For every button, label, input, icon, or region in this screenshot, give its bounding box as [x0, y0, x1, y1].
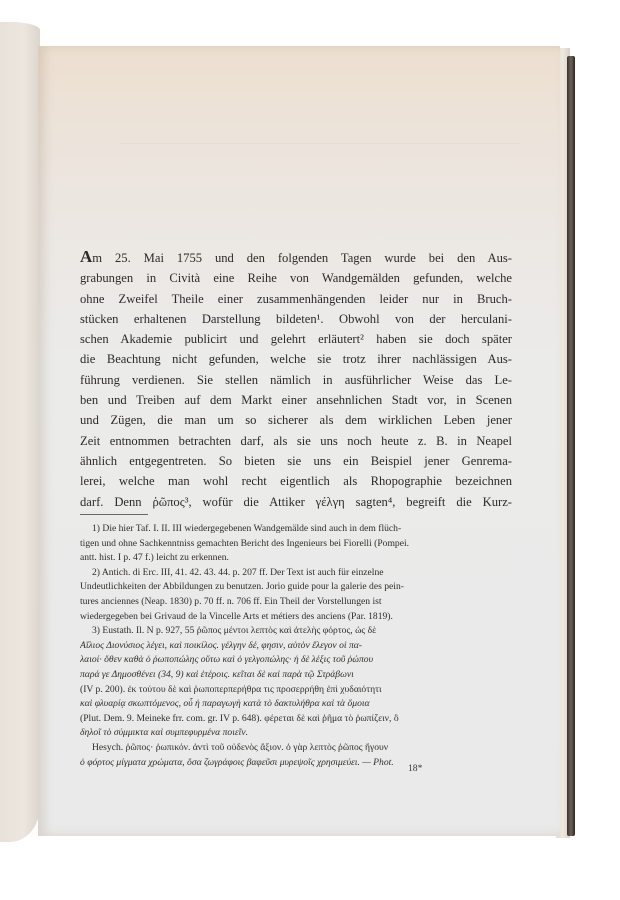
- text-line: die Beachtung nicht gefunden, welche sie…: [80, 349, 512, 369]
- line-0: m 25. Mai 1755 und den folgenden Tagen w…: [92, 251, 512, 265]
- footnote-line: 2) Antich. di Erc. III, 41. 42. 43. 44. …: [80, 566, 512, 581]
- text-line: stücken erhaltenen Darstellung bildeten¹…: [80, 309, 512, 329]
- text-line: Am 25. Mai 1755 und den folgenden Tagen …: [80, 247, 512, 268]
- text-line: darf. Denn ῥῶπος³, wofür die Attiker γέλ…: [80, 492, 512, 512]
- main-text: Am 25. Mai 1755 und den folgenden Tagen …: [80, 247, 512, 512]
- footnote-line: λαιοί· ὅθεν καθὰ ὁ ῥωποπώλης οὕτω καὶ ὁ …: [80, 653, 512, 668]
- text-line: ohne Zweifel Theile einer zusammenhängen…: [80, 289, 512, 309]
- footnote-line: Hesych. ῥῶπος· ῥωπικόν. ἀντὶ τοῦ οὐδενὸς…: [80, 741, 512, 756]
- footnote-line: ὁ φόρτος μίγματα χρώματα, ὅσα ζωγράφοις …: [80, 756, 512, 771]
- footnote-rule: [80, 514, 148, 515]
- footnote-line: (Plut. Dem. 9. Meineke frr. com. gr. IV …: [80, 712, 512, 727]
- footnote-line: καὶ φλυαρίᾳ σκωπτόμενος, οὗ ἡ παραγωγὴ κ…: [80, 697, 512, 712]
- book-binding: [567, 56, 575, 836]
- text-line: ähnlich entgegentreten. So bieten sie un…: [80, 451, 512, 471]
- footnote-line: δηλοῖ τὸ σύμμικτα καὶ συμπεφυρμένα ποιεῖ…: [80, 726, 512, 741]
- footnote-line: wiedergegeben bei Grivaud de la Vincelle…: [80, 610, 512, 625]
- footnote-line: Αἴλιος Διονύσιος λέγει, καὶ ποικίλος. γέ…: [80, 639, 512, 654]
- text-line: schen Akademie publicirt und gelehrt erl…: [80, 329, 512, 349]
- footnote-line: παρά γε Δημοσθένει (34, 9) καὶ ἑτέροις. …: [80, 668, 512, 683]
- left-facing-page: [0, 22, 40, 842]
- text-line: ben und Treiben auf dem Markt einer anse…: [80, 390, 512, 410]
- footnote-line: (IV p. 200). ἐκ τούτου δὲ καὶ ῥωποπερπερ…: [80, 683, 512, 698]
- footnote-line: tures anciennes (Neap. 1830) p. 70 ff. n…: [80, 595, 512, 610]
- footnotes: 1) Die hier Taf. I. II. III wiedergegebe…: [80, 522, 512, 770]
- text-line: und Zügen, die man um so sicherer als de…: [80, 410, 512, 430]
- show-through-text: [120, 128, 520, 189]
- footnote-line: Undeutlichkeiten der Abbildungen zu benu…: [80, 580, 512, 595]
- footnote-line: 1) Die hier Taf. I. II. III wiedergegebe…: [80, 522, 512, 537]
- text-line: lerei, welche man wohl recht eigentlich …: [80, 471, 512, 491]
- signature-mark: 18*: [408, 763, 422, 774]
- text-line: führung verdienen. Sie stellen nämlich i…: [80, 370, 512, 390]
- text-line: Zeit entnommen betrachten darf, als sie …: [80, 431, 512, 451]
- drop-initial: A: [80, 247, 92, 266]
- footnote-line: tigen und ohne Sachkenntniss gemachten B…: [80, 537, 512, 552]
- footnote-line: 3) Eustath. Il. N p. 927, 55 ῥῶπος μέντο…: [80, 624, 512, 639]
- text-line: grabungen in Cività eine Reihe von Wandg…: [80, 268, 512, 288]
- footnote-line: antt. hist. I p. 47 f.) leicht zu erkenn…: [80, 551, 512, 566]
